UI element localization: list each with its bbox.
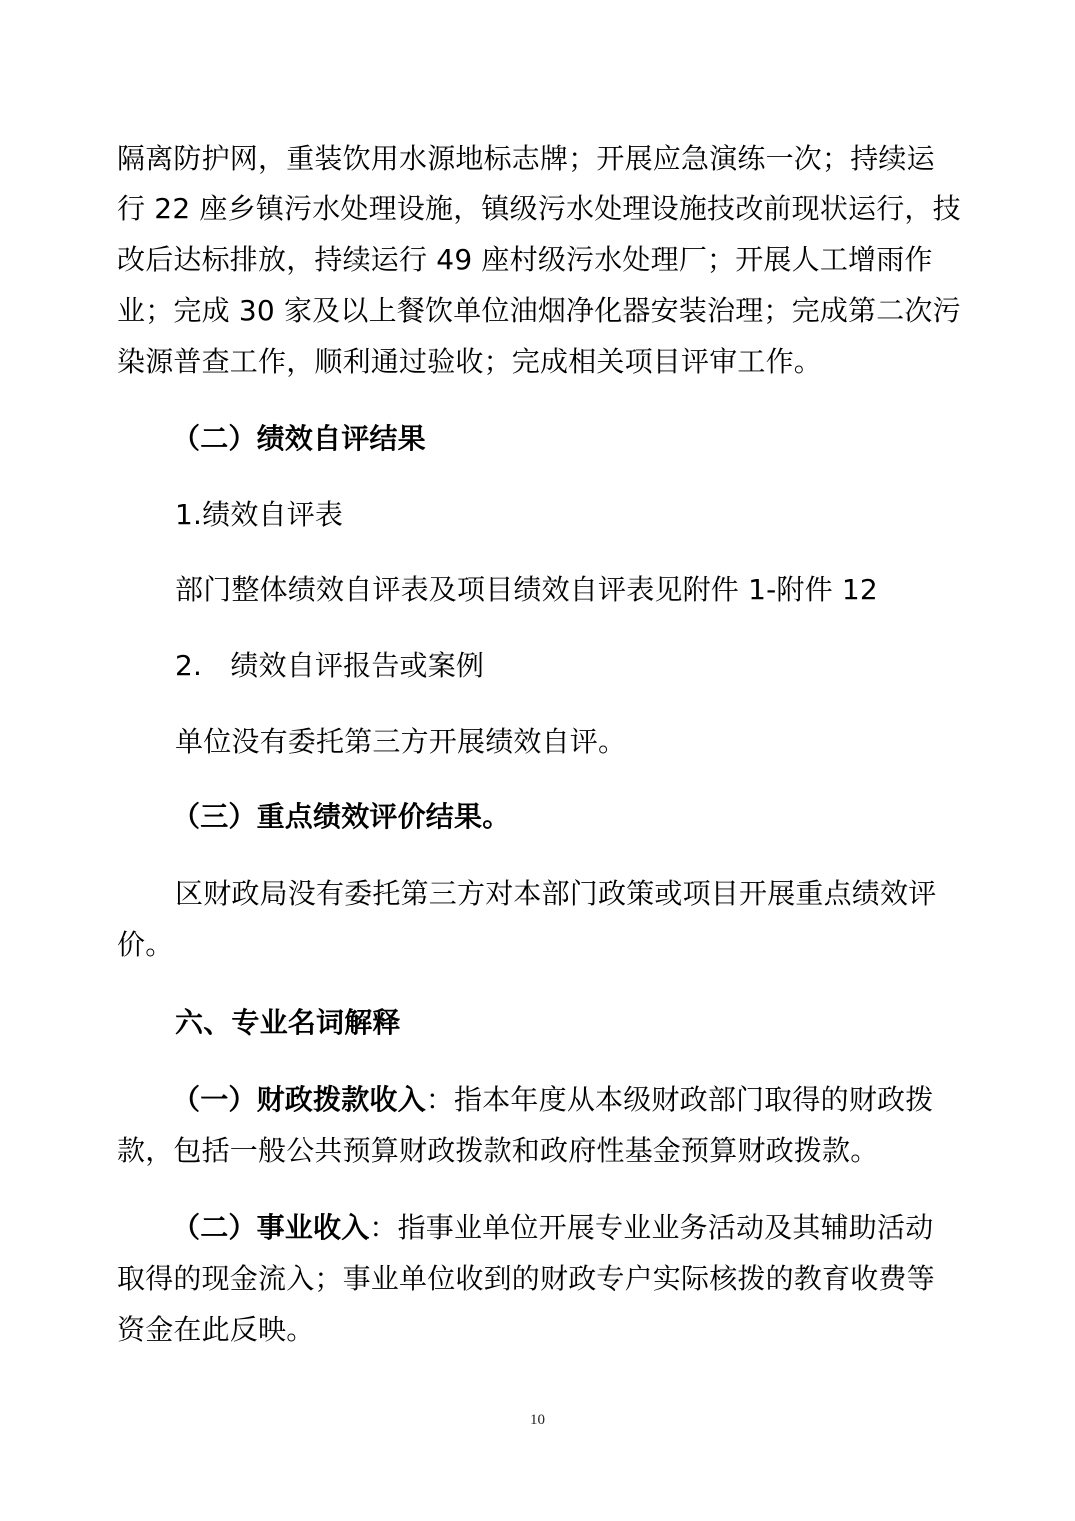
glossary-term-fiscal-appropriation: （一）财政拨款收入：指本年度从本级财政部门取得的财政拨: [172, 1080, 933, 1120]
term-definition-continued: 取得的现金流入；事业单位收到的财政专户实际核拨的教育收费等: [117, 1259, 935, 1299]
item-title-self-evaluation-report: 2. 绩效自评报告或案例: [175, 646, 484, 686]
term-label: （二）事业收入: [172, 1211, 369, 1244]
paragraph-line: 行 22 座乡镇污水处理设施，镇级污水处理设施技改前现状运行，技: [117, 189, 961, 229]
chapter-heading-glossary: 六、专业名词解释: [175, 1003, 401, 1043]
term-definition: ：指事业单位开展专业业务活动及其辅助活动: [369, 1211, 933, 1244]
term-definition-continued: 款，包括一般公共预算财政拨款和政府性基金预算财政拨款。: [117, 1131, 878, 1171]
glossary-term-business-income: （二）事业收入：指事业单位开展专业业务活动及其辅助活动: [172, 1208, 933, 1248]
page-number: 10: [0, 1412, 1075, 1429]
paragraph-line: 改后达标排放，持续运行 49 座村级污水处理厂；开展人工增雨作: [117, 240, 933, 280]
section-heading-performance-self-evaluation: （二）绩效自评结果: [172, 419, 426, 459]
term-definition: ：指本年度从本级财政部门取得的财政拨: [426, 1083, 934, 1116]
paragraph-line: 染源普查工作，顺利通过验收；完成相关项目评审工作。: [117, 342, 822, 382]
paragraph-line: 区财政局没有委托第三方对本部门政策或项目开展重点绩效评: [175, 874, 936, 914]
paragraph-line: 隔离防护网，重装饮用水源地标志牌；开展应急演练一次；持续运: [117, 139, 935, 179]
term-label: （一）财政拨款收入: [172, 1083, 426, 1116]
item-title-self-evaluation-form: 1.绩效自评表: [175, 495, 343, 535]
section-heading-key-evaluation: （三）重点绩效评价结果。: [172, 797, 510, 837]
term-definition-continued: 资金在此反映。: [117, 1310, 314, 1350]
item-text-attachment-reference: 部门整体绩效自评表及项目绩效自评表见附件 1-附件 12: [175, 570, 878, 610]
paragraph-line: 价。: [117, 925, 173, 965]
paragraph-line: 业；完成 30 家及以上餐饮单位油烟净化器安装治理；完成第二次污: [117, 291, 961, 331]
item-text-no-third-party: 单位没有委托第三方开展绩效自评。: [175, 722, 626, 762]
